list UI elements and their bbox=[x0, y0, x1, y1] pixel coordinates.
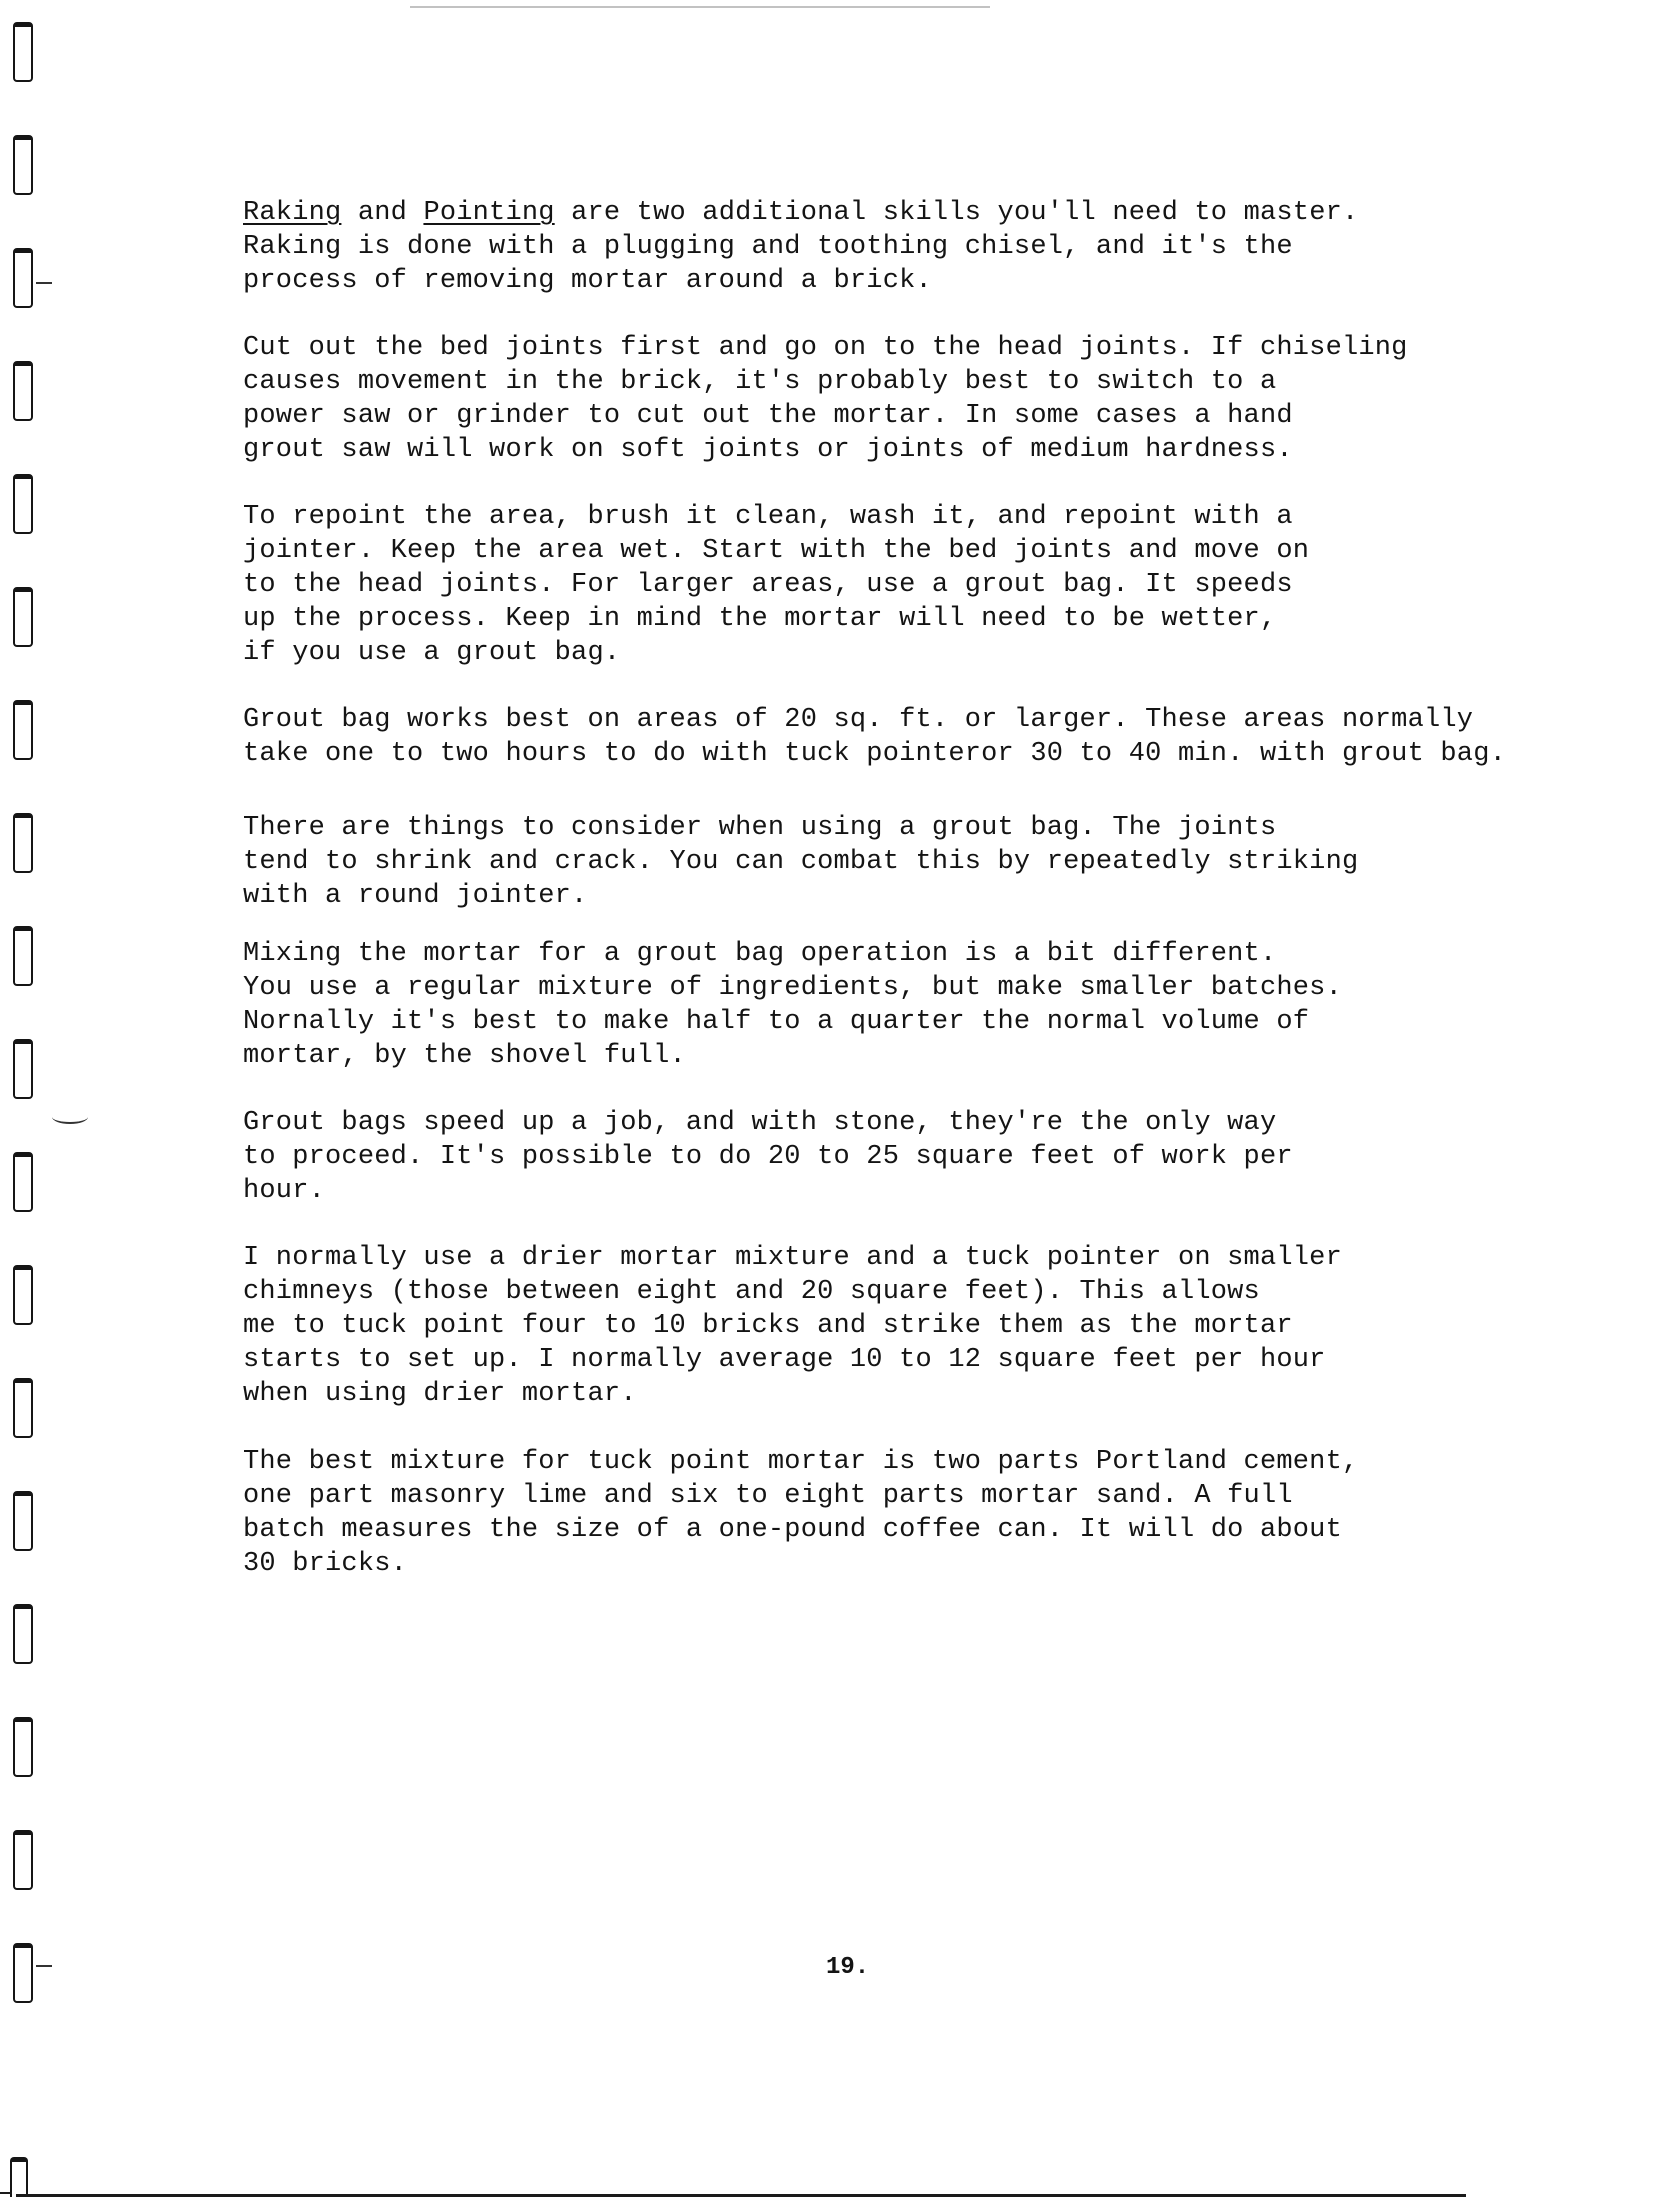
page-edge bbox=[0, 2192, 12, 2194]
spiral-binding-hole-icon bbox=[13, 1604, 33, 1664]
paragraph-best-mixture: The best mixture for tuck point mortar i… bbox=[243, 1445, 1543, 1581]
page-bottom-edge bbox=[16, 2194, 1466, 2197]
spiral-binding-hole-icon bbox=[13, 813, 33, 873]
spiral-binding-hole-icon bbox=[13, 361, 33, 421]
spiral-binding-hole-icon bbox=[13, 587, 33, 647]
binding-hole-icon bbox=[10, 2157, 28, 2197]
paragraph-drier-mortar: I normally use a drier mortar mixture an… bbox=[243, 1241, 1543, 1411]
spiral-binding-hole-icon bbox=[13, 1717, 33, 1777]
page-number: 19. bbox=[826, 1954, 869, 1981]
paragraph-considerations: There are things to consider when using … bbox=[243, 811, 1543, 913]
spiral-binding-hole-icon bbox=[13, 1491, 33, 1551]
binding-tail-mark bbox=[36, 1965, 52, 1967]
spiral-binding-hole-icon bbox=[13, 700, 33, 760]
paragraph-raking-pointing: Raking and Pointing are two additional s… bbox=[243, 196, 1543, 298]
spiral-binding-hole-icon bbox=[13, 1265, 33, 1325]
binding-tail-mark bbox=[36, 282, 52, 284]
spiral-binding-hole-icon bbox=[13, 248, 33, 308]
spiral-binding-hole-icon bbox=[13, 926, 33, 986]
term-pointing: Pointing bbox=[423, 198, 554, 228]
spiral-binding-hole-icon bbox=[13, 135, 33, 195]
paragraph-mixing: Mixing the mortar for a grout bag operat… bbox=[243, 937, 1543, 1073]
term-raking: Raking bbox=[243, 198, 341, 228]
binding-arc-mark bbox=[52, 1110, 88, 1124]
spiral-binding-hole-icon bbox=[13, 474, 33, 534]
spiral-binding bbox=[0, 0, 90, 2202]
paragraph-grout-bag-area: Grout bag works best on areas of 20 sq. … bbox=[243, 703, 1543, 771]
spiral-binding-hole-icon bbox=[13, 1039, 33, 1099]
spiral-binding-hole-icon bbox=[13, 1152, 33, 1212]
paragraph-speed: Grout bags speed up a job, and with ston… bbox=[243, 1106, 1543, 1208]
scan-artifact-top bbox=[410, 0, 990, 8]
paragraph-repoint: To repoint the area, brush it clean, was… bbox=[243, 500, 1543, 670]
spiral-binding-hole-icon bbox=[13, 1830, 33, 1890]
document-body: Raking and Pointing are two additional s… bbox=[243, 196, 1543, 1581]
spiral-binding-hole-icon bbox=[13, 1943, 33, 2003]
paragraph-cut-joints: Cut out the bed joints first and go on t… bbox=[243, 331, 1543, 467]
spiral-binding-hole-icon bbox=[13, 22, 33, 82]
spiral-binding-hole-icon bbox=[13, 1378, 33, 1438]
